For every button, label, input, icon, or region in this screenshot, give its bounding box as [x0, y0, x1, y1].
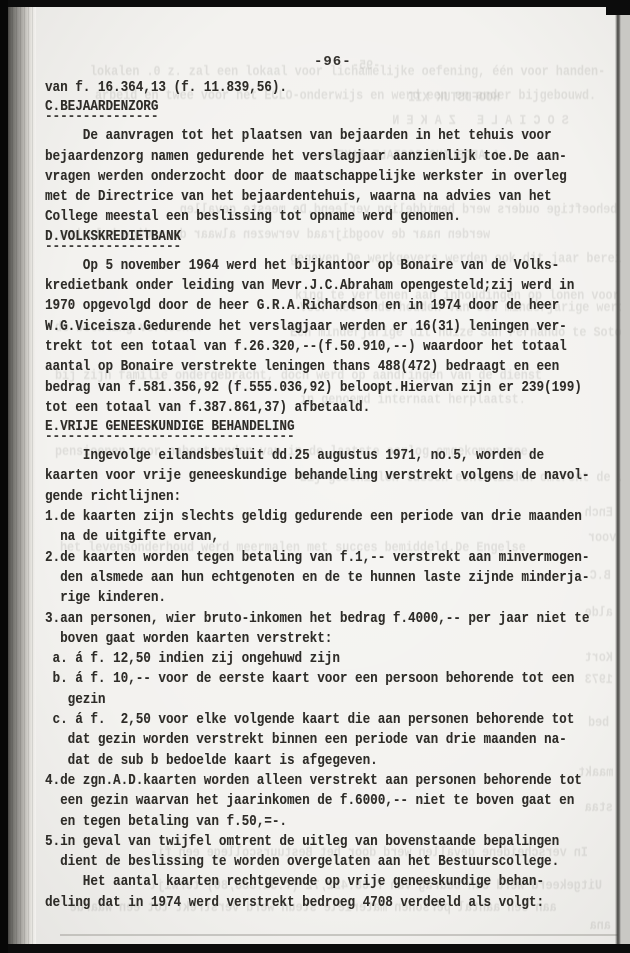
line-text: 3.aan personen, wier bruto-inkomen het b… — [45, 610, 589, 627]
line-text: 5.in geval van twijfel omtrent de uitleg… — [45, 833, 559, 850]
text-line: a. á f. 12,50 indien zij ongehuwd zijn — [45, 649, 630, 669]
line-text: bedrag van f.581.356,92 (f.555.036,92) b… — [45, 379, 582, 396]
line-text: dat de sub b bedoelde kaart is afgegeven… — [45, 752, 378, 769]
line-text: Ingevolge eilandsbesluit dd.25 augustus … — [45, 447, 544, 464]
heading-underline-dashes: --------------- — [45, 110, 158, 124]
text-line: vragen werden onderzocht door de maatsch… — [45, 167, 630, 187]
line-text: dient de beslissing te worden overgelate… — [45, 853, 559, 870]
text-line: 2.de kaarten worden tegen betaling van f… — [45, 548, 630, 568]
scanner-edge-left — [0, 0, 8, 953]
text-line: den alsmede aan hun echtgenoten en de te… — [45, 568, 630, 588]
text-line: b. á f. 10,-- voor de eerste kaart voor … — [45, 669, 630, 689]
line-text: b. á f. 10,-- voor de eerste kaart voor … — [45, 670, 574, 687]
text-line: bedrag van f.581.356,92 (f.555.036,92) b… — [45, 378, 630, 398]
line-text: 1.de kaarten zijn slechts geldig geduren… — [45, 508, 582, 525]
line-text: College meestal een beslissing tot opnam… — [45, 208, 461, 225]
text-line: aantal op Bonaire verstrekte leningen th… — [45, 357, 630, 377]
line-text: trekt tot een totaal van f.26.320,--(f.5… — [45, 338, 567, 355]
heading-underline-dashes: ------------------ — [45, 240, 181, 254]
line-text: bejaardenzorg namen gedurende het versla… — [45, 148, 567, 165]
text-line: Op 5 november 1964 werd het bijkantoor o… — [45, 256, 630, 276]
page-bottom-edge-line — [60, 934, 618, 936]
text-line: na de uitgifte ervan, — [45, 527, 630, 547]
text-line: deling dat in 1974 werd verstrekt bedroe… — [45, 893, 630, 913]
scanner-corner-top-right — [606, 0, 630, 15]
line-text: kredietbank onder leiding van Mevr.J.C.A… — [45, 277, 574, 294]
line-text: Op 5 november 1964 werd het bijkantoor o… — [45, 257, 559, 274]
text-line: De aanvragen tot het plaatsen van bejaar… — [45, 126, 630, 146]
line-text: vragen werden onderzocht door de maatsch… — [45, 168, 567, 185]
text-line: dient de beslissing te worden overgelate… — [45, 852, 630, 872]
line-text: een gezin waarvan het jaarinkomen de f.6… — [45, 792, 574, 809]
text-line: een gezin waarvan het jaarinkomen de f.6… — [45, 791, 630, 811]
text-line: dat gezin worden verstrekt binnen een pe… — [45, 730, 630, 750]
bleedthrough-text: ana — [590, 918, 611, 934]
text-line: kredietbank onder leiding van Mevr.J.C.A… — [45, 276, 630, 296]
text-line: dat de sub b bedoelde kaart is afgegeven… — [45, 751, 630, 771]
typewritten-text-block: van f. 16.364,13 (f. 11.839,56).C.BEJAAR… — [45, 78, 630, 913]
text-line: rige kinderen. — [45, 588, 630, 608]
text-line: en tegen betaling van f.50,=-. — [45, 812, 630, 832]
text-line: College meestal een beslissing tot opnam… — [45, 207, 630, 227]
text-line: met de Directrice van het bejaardentehui… — [45, 187, 630, 207]
text-line: kaarten voor vrije geneeskundige behande… — [45, 466, 630, 486]
line-text: aantal op Bonaire verstrekte leningen th… — [45, 358, 559, 375]
line-text: W.G.Viceisza.Gedurende het verslagjaar w… — [45, 318, 567, 335]
section-heading: D.VOLKSKREDIETBANK------------------ — [45, 228, 630, 256]
page-number: -96- — [314, 54, 352, 70]
section-heading: E.VRIJE GENEESKUNDIGE BEHANDELING-------… — [45, 418, 630, 446]
scanner-edge-bottom — [0, 944, 630, 953]
section-heading: C.BEJAARDENZORG--------------- — [45, 98, 630, 126]
text-line: Ingevolge eilandsbesluit dd.25 augustus … — [45, 446, 630, 466]
offpage-strip-right — [621, 0, 630, 953]
line-text: en tegen betaling van f.50,=-. — [45, 813, 287, 830]
line-text: dat gezin worden verstrekt binnen een pe… — [45, 731, 567, 748]
text-line: 1.de kaarten zijn slechts geldig geduren… — [45, 507, 630, 527]
scanned-document-page: -95-lokalen .0 z. zal een lokaal voor li… — [0, 0, 630, 953]
line-text: den alsmede aan hun echtgenoten en de te… — [45, 569, 589, 586]
text-line: tot een totaal van f.387.861,37) afbetaa… — [45, 398, 630, 418]
text-line: trekt tot een totaal van f.26.320,--(f.5… — [45, 337, 630, 357]
heading-underline-dashes: --------------------------------- — [45, 430, 295, 444]
text-line: 5.in geval van twijfel omtrent de uitleg… — [45, 832, 630, 852]
text-line: W.G.Viceisza.Gedurende het verslagjaar w… — [45, 317, 630, 337]
line-text: gezin — [45, 691, 105, 708]
text-line: 4.de zgn.A.D.kaarten worden alleen verst… — [45, 771, 630, 791]
line-text: 4.de zgn.A.D.kaarten worden alleen verst… — [45, 772, 582, 789]
line-text: tot een totaal van f.387.861,37) afbetaa… — [45, 399, 370, 416]
line-text: 2.de kaarten worden tegen betaling van f… — [45, 549, 589, 566]
line-text: rige kinderen. — [45, 589, 166, 606]
line-text: van f. 16.364,13 (f. 11.839,56). — [45, 79, 287, 96]
text-line: 1970 opgevolgd door de heer G.R.A.Richar… — [45, 296, 630, 316]
text-line: c. á f. 2,50 voor elke volgende kaart di… — [45, 710, 630, 730]
text-line: gende richtlijnen: — [45, 487, 630, 507]
text-line: 3.aan personen, wier bruto-inkomen het b… — [45, 609, 630, 629]
scanner-edge-top — [0, 0, 630, 7]
line-text: na de uitgifte ervan, — [45, 528, 219, 545]
line-text: c. á f. 2,50 voor elke volgende kaart di… — [45, 711, 574, 728]
line-text: kaarten voor vrije geneeskundige behande… — [45, 467, 589, 484]
text-line: van f. 16.364,13 (f. 11.839,56). — [45, 78, 630, 98]
line-text: deling dat in 1974 werd verstrekt bedroe… — [45, 894, 544, 911]
text-line: boven gaat worden kaarten verstrekt: — [45, 629, 630, 649]
line-text: boven gaat worden kaarten verstrekt: — [45, 630, 332, 647]
book-spine-shadow — [8, 0, 36, 953]
line-text: gende richtlijnen: — [45, 488, 181, 505]
text-line: Het aantal kaarten rechtgevende op vrije… — [45, 872, 630, 892]
text-line: gezin — [45, 690, 630, 710]
line-text: a. á f. 12,50 indien zij ongehuwd zijn — [45, 650, 340, 667]
line-text: Het aantal kaarten rechtgevende op vrije… — [45, 873, 544, 890]
line-text: 1970 opgevolgd door de heer G.R.A.Richar… — [45, 297, 559, 314]
line-text: De aanvragen tot het plaatsen van bejaar… — [45, 127, 552, 144]
text-line: bejaardenzorg namen gedurende het versla… — [45, 147, 630, 167]
line-text: met de Directrice van het bejaardentehui… — [45, 188, 552, 205]
